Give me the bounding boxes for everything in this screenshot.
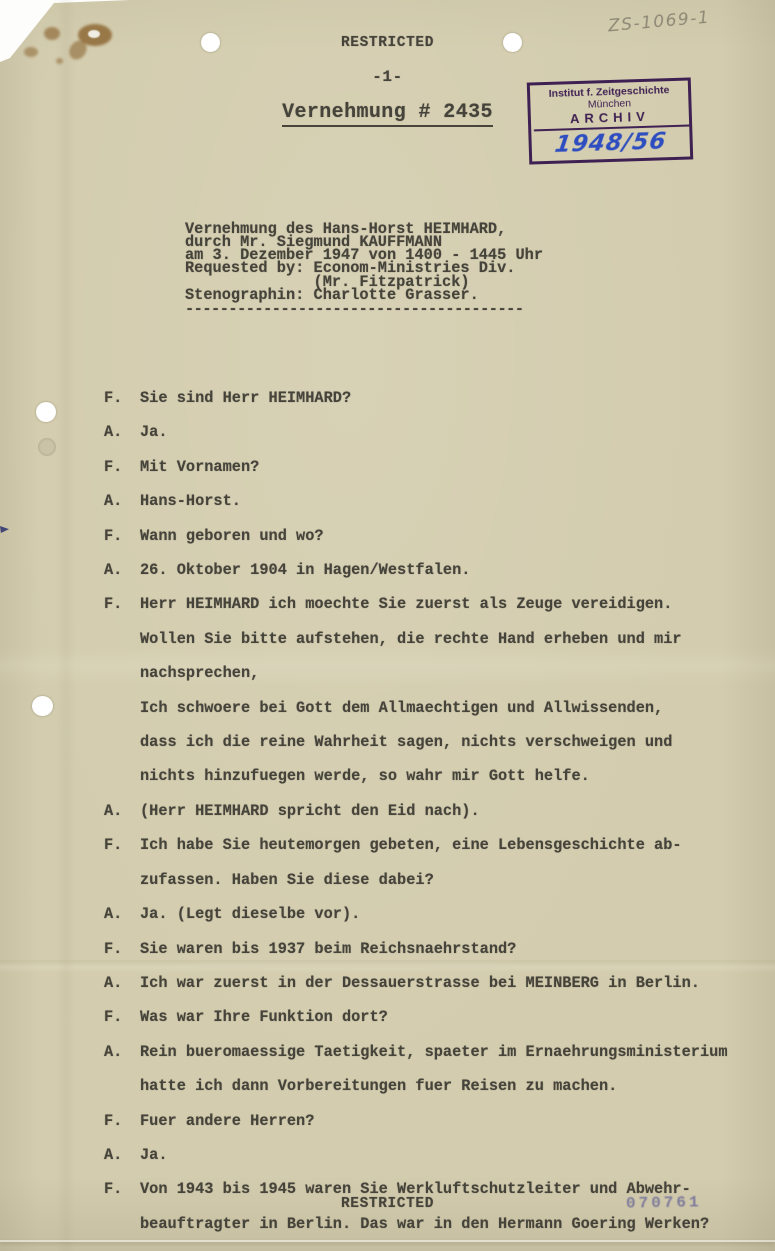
qa-speaker-label: A. xyxy=(104,1138,122,1172)
qa-lines: (Herr HEIMHARD spricht den Eid nach). xyxy=(140,794,724,828)
stamp-archive-number: 1948/56 xyxy=(529,124,692,161)
document-title: Vernehmung # 2435 xyxy=(282,101,493,127)
qa-entry: F.Sie sind Herr HEIMHARD? xyxy=(104,381,724,415)
qa-speaker-label: F. xyxy=(104,932,122,966)
scanned-document-page: RESTRICTED -1- Vernehmung # 2435 Institu… xyxy=(0,0,775,1251)
qa-speaker-label: A. xyxy=(104,794,122,828)
archive-stamp: Institut f. Zeitgeschichte München ARCHI… xyxy=(527,77,693,164)
header-separator: --------------------------------------- xyxy=(185,303,543,316)
qa-line: Sie sind Herr HEIMHARD? xyxy=(140,381,724,415)
qa-lines: Ja. xyxy=(140,1138,724,1172)
qa-line: Herr HEIMHARD ich moechte Sie zuerst als… xyxy=(140,587,724,621)
punch-hole-ghost xyxy=(38,438,56,456)
qa-entry: F.Herr HEIMHARD ich moechte Sie zuerst a… xyxy=(104,587,724,793)
qa-entry: A.(Herr HEIMHARD spricht den Eid nach). xyxy=(104,794,724,828)
qa-line: Mit Vornamen? xyxy=(140,450,724,484)
qa-line: nichts hinzufuegen werde, so wahr mir Go… xyxy=(140,759,724,793)
qa-speaker-label: F. xyxy=(104,450,122,484)
qa-line: Sie waren bis 1937 beim Reichsnaehrstand… xyxy=(140,932,724,966)
punch-hole xyxy=(36,402,56,422)
qa-lines: Fuer andere Herren? xyxy=(140,1104,724,1138)
qa-entry: A.26. Oktober 1904 in Hagen/Westfalen. xyxy=(104,553,724,587)
qa-entry: A.Ja. (Legt dieselbe vor). xyxy=(104,897,724,931)
qa-line: 26. Oktober 1904 in Hagen/Westfalen. xyxy=(140,553,724,587)
paper-shade-band xyxy=(56,0,76,1251)
qa-speaker-label: A. xyxy=(104,1035,122,1069)
qa-entry: A.Ich war zuerst in der Dessauerstrasse … xyxy=(104,966,724,1000)
qa-line: hatte ich dann Vorbereitungen fuer Reise… xyxy=(140,1069,724,1103)
qa-speaker-label: F. xyxy=(104,828,122,862)
qa-line: Hans-Horst. xyxy=(140,484,724,518)
qa-line: Ich habe Sie heutemorgen gebeten, eine L… xyxy=(140,828,724,862)
qa-lines: Mit Vornamen? xyxy=(140,450,724,484)
qa-lines: Herr HEIMHARD ich moechte Sie zuerst als… xyxy=(140,587,724,793)
qa-lines: Sie sind Herr HEIMHARD? xyxy=(140,381,724,415)
qa-lines: Ja. (Legt dieselbe vor). xyxy=(140,897,724,931)
qa-lines: Ich war zuerst in der Dessauerstrasse be… xyxy=(140,966,724,1000)
qa-lines: Sie waren bis 1937 beim Reichsnaehrstand… xyxy=(140,932,724,966)
qa-lines: 26. Oktober 1904 in Hagen/Westfalen. xyxy=(140,553,724,587)
qa-line: Ja. xyxy=(140,415,724,449)
qa-speaker-label: F. xyxy=(104,587,122,621)
qa-speaker-label: A. xyxy=(104,553,122,587)
header-block: Vernehmung des Hans-Horst HEIMHARD,durch… xyxy=(185,196,543,343)
qa-speaker-label: A. xyxy=(104,415,122,449)
qa-lines: Wann geboren und wo? xyxy=(140,519,724,553)
qa-speaker-label: F. xyxy=(104,1000,122,1034)
serial-number-stamp: 070761 xyxy=(626,1193,702,1212)
qa-entry: A.Ja. xyxy=(104,415,724,449)
qa-line: Fuer andere Herren? xyxy=(140,1104,724,1138)
qa-line: Was war Ihre Funktion dort? xyxy=(140,1000,724,1034)
qa-line: Ja. xyxy=(140,1138,724,1172)
qa-line: Ich schwoere bei Gott dem Allmaechtigen … xyxy=(140,691,724,725)
qa-lines: Was war Ihre Funktion dort? xyxy=(140,1000,724,1034)
qa-entry: F.Mit Vornamen? xyxy=(104,450,724,484)
qa-line: zufassen. Haben Sie diese dabei? xyxy=(140,863,724,897)
qa-speaker-label: A. xyxy=(104,484,122,518)
qa-speaker-label: F. xyxy=(104,381,122,415)
classification-top-label: RESTRICTED xyxy=(0,35,775,51)
qa-speaker-label: F. xyxy=(104,1104,122,1138)
qa-entry: F.Sie waren bis 1937 beim Reichsnaehrsta… xyxy=(104,932,724,966)
qa-lines: Hans-Horst. xyxy=(140,484,724,518)
qa-speaker-label: A. xyxy=(104,897,122,931)
punch-hole xyxy=(32,696,53,716)
qa-entry: F.Ich habe Sie heutemorgen gebeten, eine… xyxy=(104,828,724,897)
qa-line: Ich war zuerst in der Dessauerstrasse be… xyxy=(140,966,724,1000)
qa-line: Wann geboren und wo? xyxy=(140,519,724,553)
qa-entry: F.Was war Ihre Funktion dort? xyxy=(104,1000,724,1034)
qa-line: dass ich die reine Wahrheit sagen, nicht… xyxy=(140,725,724,759)
qa-line: nachsprechen, xyxy=(140,656,724,690)
qa-line: (Herr HEIMHARD spricht den Eid nach). xyxy=(140,794,724,828)
qa-line: Ja. (Legt dieselbe vor). xyxy=(140,897,724,931)
qa-block: F.Sie sind Herr HEIMHARD?A.Ja.F.Mit Vorn… xyxy=(104,381,724,1241)
qa-entry: A.Hans-Horst. xyxy=(104,484,724,518)
qa-line: Wollen Sie bitte aufstehen, die rechte H… xyxy=(140,622,724,656)
qa-entry: A.Rein bueromaessige Taetigkeit, spaeter… xyxy=(104,1035,724,1104)
qa-entry: A.Ja. xyxy=(104,1138,724,1172)
qa-line: Rein bueromaessige Taetigkeit, spaeter i… xyxy=(140,1035,724,1069)
qa-entry: F.Wann geboren und wo? xyxy=(104,519,724,553)
qa-speaker-label: A. xyxy=(104,966,122,1000)
qa-lines: Ja. xyxy=(140,415,724,449)
qa-lines: Rein bueromaessige Taetigkeit, spaeter i… xyxy=(140,1035,724,1104)
qa-entry: F.Fuer andere Herren? xyxy=(104,1104,724,1138)
qa-lines: Ich habe Sie heutemorgen gebeten, eine L… xyxy=(140,828,724,897)
qa-speaker-label: F. xyxy=(104,519,122,553)
